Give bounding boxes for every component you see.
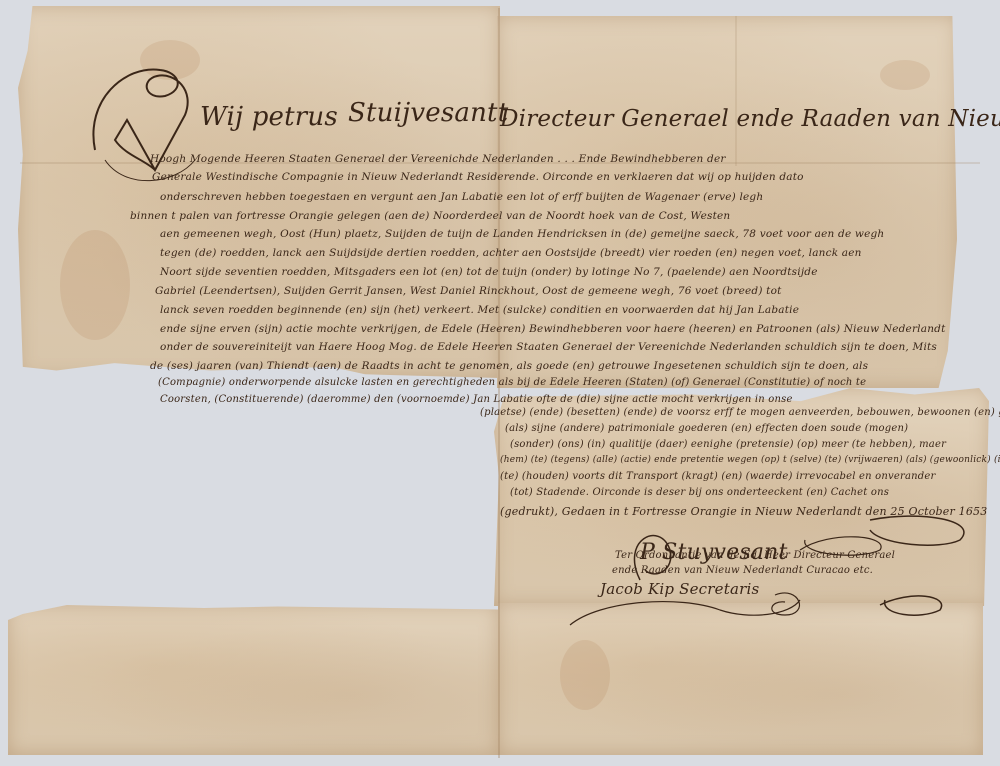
body-line: binnen t palen van fortresse Orangie gel… (130, 211, 730, 222)
body-line: Noort sijde seventien roedden, Mitsgader… (160, 267, 818, 278)
heading-wij-petrus: Wij petrus (200, 102, 338, 132)
paper-bottom-left (8, 605, 498, 755)
body-line-date: (gedrukt), Gedaen in t Fortresse Orangie… (500, 506, 987, 517)
counter-signature-line-1: Ter Ordonnantie van de Ed. Heer Directeu… (615, 550, 895, 561)
fold-line (735, 16, 737, 166)
body-line: (Compagnie) onderworpende alsulcke laste… (158, 378, 866, 388)
body-line: Gabriel (Leendertsen), Suijden Gerrit Ja… (155, 286, 782, 297)
body-line: Coorsten, (Constituerende) (daeromme) de… (160, 395, 793, 405)
body-line: (te) (houden) voorts dit Transport (krag… (500, 472, 935, 482)
body-line: (tot) Stadende. Oirconde is deser bij on… (510, 488, 889, 498)
body-line: (hem) (te) (tegens) (alle) (actie) ende … (500, 456, 1000, 465)
heading-directeur-generael: Directeur Generael ende Raaden van Nieuw… (500, 106, 1000, 132)
water-stain (560, 640, 610, 710)
body-line: ende sijne erven (sijn) actie mochte ver… (160, 324, 946, 335)
body-line: Generale Westindische Compagnie in Nieuw… (152, 172, 804, 183)
counter-signature-line-2: ende Raaden van Nieuw Nederlandt Curacao… (612, 565, 873, 576)
body-line: de (ses) jaaren (van) Thiendt (aen) de R… (150, 361, 868, 372)
body-line: tegen (de) roedden, lanck aen Suijdsijde… (160, 248, 862, 259)
body-line: Hoogh Mogende Heeren Staaten Generael de… (150, 154, 726, 165)
body-line: onderschreven hebben toegestaen en vergu… (160, 192, 763, 203)
water-stain (880, 60, 930, 90)
body-line: (plaetse) (ende) (besetten) (ende) de vo… (480, 408, 1000, 418)
body-line: (als) sijne (andere) patrimoniale goeder… (505, 424, 908, 434)
body-line: aen gemeenen wegh, Oost (Hun) plaetz, Su… (160, 229, 884, 240)
body-line: (sonder) (ons) (in) qualitije (daer) een… (510, 440, 946, 450)
body-line: onder de souvereiniteijt van Haere Hoog … (160, 342, 937, 353)
water-stain (60, 230, 130, 340)
heading-stuyvesant: Stuijvesantt (348, 98, 508, 128)
secretary-flourish (560, 590, 820, 630)
body-line: lanck seven roedden beginnende (en) sijn… (160, 305, 799, 316)
